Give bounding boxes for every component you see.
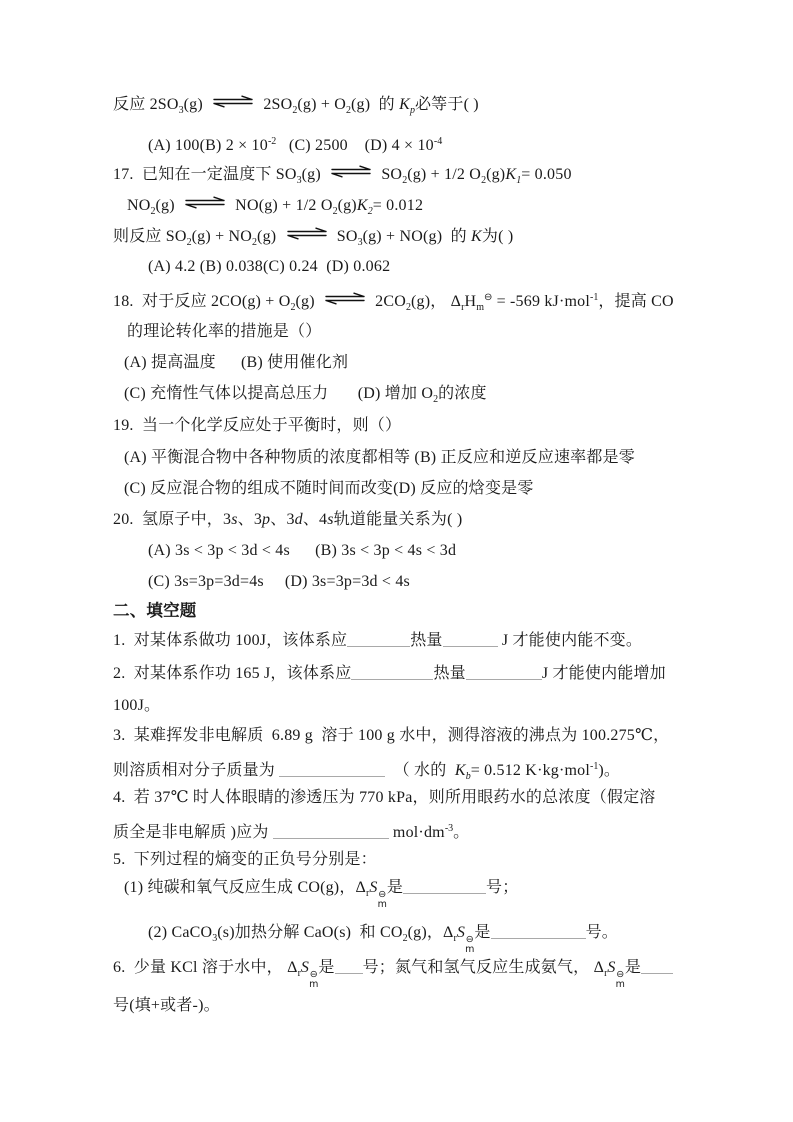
fill-q5: 5. 下列过程的熵变的正负号分别是： — [113, 850, 377, 870]
q18-options-ab: (A) 提高温度 (B) 使用催化剂 — [124, 353, 348, 373]
q17-question: 则反应 SO2(g) + NO2(g) SO3(g) + NO(g) 的 K为(… — [113, 226, 513, 253]
standard-state-stack: ⊖m — [378, 890, 387, 910]
standard-state-stack: ⊖m — [309, 970, 318, 990]
q19-options-ab: (A) 平衡混合物中各种物质的浓度都相等 (B) 正反应和逆反应速率都是零 — [124, 448, 635, 468]
section-2-header: 二、填空题 — [113, 601, 197, 621]
fill-q4: 4. 若 37℃ 时人体眼睛的渗透压为 770 kPa，则所用眼药水的总浓度（假… — [113, 788, 656, 808]
blank-underline — [641, 959, 673, 974]
q18-stem: 18. 对于反应 2CO(g) + O2(g) 2CO2(g)， ΔrHm⊖ =… — [113, 288, 674, 318]
q18-stem-cont: 的理论转化率的措施是（） — [127, 322, 321, 342]
blank-underline — [279, 762, 385, 777]
equilibrium-arrow-icon — [323, 291, 367, 311]
fill-q4-cont: 质全是非电解质 )应为 mol·dm-3。 — [113, 819, 469, 843]
q19-stem: 19. 当一个化学反应处于平衡时，则（） — [113, 416, 401, 436]
blank-underline — [403, 879, 486, 894]
blank-underline — [443, 632, 498, 647]
q20-stem: 20. 氢原子中，3s、3p、3d、4s轨道能量关系为( ) — [113, 510, 462, 530]
q17-options: (A) 4.2 (B) 0.038(C) 0.24 (D) 0.062 — [148, 257, 390, 277]
equilibrium-arrow-icon — [329, 164, 373, 184]
blank-underline — [491, 924, 586, 939]
q17-stem: 17. 已知在一定温度下 SO3(g) SO2(g) + 1/2 O2(g)K1… — [113, 164, 572, 191]
q20-options-cd: (C) 3s=3p=3d=4s (D) 3s=3p=3d < 4s — [148, 572, 410, 592]
fill-q2-cont: 100J。 — [113, 696, 160, 716]
blank-underline — [351, 665, 433, 680]
standard-state-stack: ⊖m — [465, 935, 474, 955]
fill-q2: 2. 对某体系作功 165 J，该体系应热量J 才能使内能增加 — [113, 664, 666, 684]
blank-underline — [347, 632, 410, 647]
q16-reaction-line: 反应 2SO3(g) 2SO2(g) + O2(g) 的 Kp必等于( ) — [113, 94, 479, 121]
fill-q5-item1: (1) 纯碳和氧气反应生成 CO(g)，ΔrS⊖m是号； — [124, 878, 518, 910]
equilibrium-arrow-icon — [211, 94, 255, 114]
blank-underline — [466, 665, 542, 680]
q17-equation-2: NO2(g) NO(g) + 1/2 O2(g)K2= 0.012 — [127, 195, 423, 222]
blank-underline — [273, 824, 389, 839]
q20-options-ab: (A) 3s < 3p < 3d < 4s (B) 3s < 3p < 4s <… — [148, 541, 456, 561]
standard-state-stack: ⊖m — [616, 970, 625, 990]
fill-q3: 3. 某难挥发非电解质 6.89 g 溶于 100 g 水中，测得溶液的沸点为 … — [113, 726, 669, 746]
blank-underline — [335, 959, 363, 974]
fill-q5-item2: (2) CaCO3(s)加热分解 CaO(s) 和 CO2(g)，ΔrS⊖m是号… — [148, 923, 618, 955]
q18-options-cd: (C) 充惰性气体以提高总压力 (D) 增加 O2的浓度 — [124, 384, 487, 410]
document-page: 反应 2SO3(g) 2SO2(g) + O2(g) 的 Kp必等于( ) (A… — [0, 0, 793, 1122]
fill-q6: 6. 少量 KCl 溶于水中， ΔrS⊖m是号；氮气和氢气反应生成氨气， ΔrS… — [113, 958, 673, 990]
q16-options: (A) 100(B) 2 × 10-2 (C) 2500 (D) 4 × 10-… — [148, 132, 442, 156]
equilibrium-arrow-icon — [285, 226, 329, 246]
q19-options-cd: (C) 反应混合物的组成不随时间而改变(D) 反应的焓变是零 — [124, 479, 534, 499]
fill-q3-cont: 则溶质相对分子质量为 （ 水的 Kb= 0.512 K·kg·mol-1)。 — [113, 757, 620, 787]
fill-q1: 1. 对某体系做功 100J，该体系应热量 J 才能使内能不变。 — [113, 631, 642, 651]
equilibrium-arrow-icon — [183, 195, 227, 215]
fill-q6-cont: 号(填+或者-)。 — [113, 996, 220, 1016]
